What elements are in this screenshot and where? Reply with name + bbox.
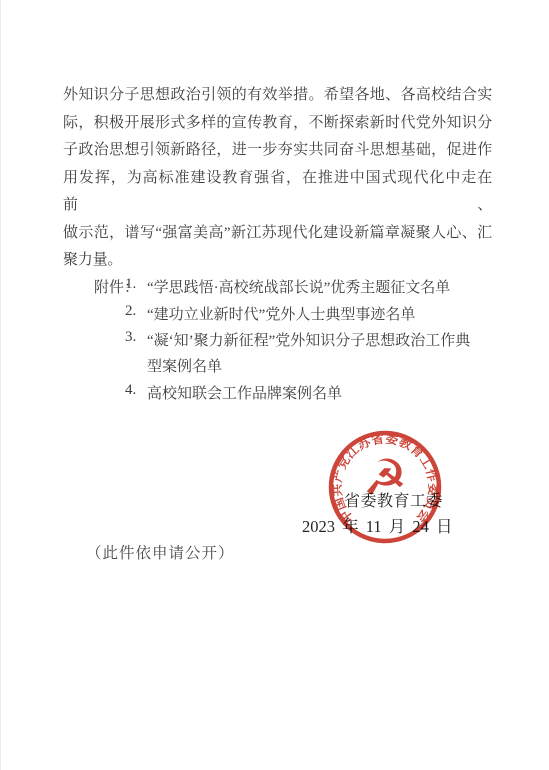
attachment-number: 1. bbox=[125, 276, 136, 293]
body-line: 聚力量。 bbox=[63, 247, 492, 275]
disclosure-note: （此件依申请公开） bbox=[86, 541, 235, 563]
official-seal: 中国共产党江苏省委教育工作委员会 ☭ bbox=[327, 429, 443, 545]
attachment-number: 4. bbox=[125, 382, 136, 399]
body-paragraph: 外知识分子思想政治引领的有效举措。希望各地、各高校结合实 际，积极开展形式多样的… bbox=[63, 82, 492, 275]
attachment-number: 3. bbox=[125, 329, 136, 346]
seal-graphic: 中国共产党江苏省委教育工作委员会 ☭ bbox=[327, 429, 443, 545]
body-line: 子政治思想引领新路径，进一步夯实共同奋斗思想基础，促进作 bbox=[63, 137, 492, 165]
document-page: 外知识分子思想政治引领的有效举措。希望各地、各高校结合实 际，积极开展形式多样的… bbox=[0, 0, 549, 770]
body-line: 际，积极开展形式多样的宣传教育，不断探索新时代党外知识分 bbox=[63, 110, 492, 138]
attachment-title: “学思践悟·高校统战部长说”优秀主题征文名单 bbox=[147, 276, 450, 297]
attachment-title: “建功立业新时代”党外人士典型事迹名单 bbox=[147, 303, 415, 324]
attachment-title: “凝‘知’聚力新征程”党外知识分子思想政治工作典 bbox=[147, 329, 470, 350]
body-line: 用发挥，为高标准建设教育强省，在推进中国式现代化中走在前、 bbox=[63, 165, 492, 220]
body-line: 做示范，谱写“强富美高”新江苏现代化建设新篇章凝聚人心、汇 bbox=[63, 220, 492, 248]
body-line: 外知识分子思想政治引领的有效举措。希望各地、各高校结合实 bbox=[63, 82, 492, 110]
attachment-title: 高校知联会工作品牌案例名单 bbox=[147, 382, 342, 403]
hammer-sickle-icon: ☭ bbox=[363, 449, 408, 507]
attachment-title-continued: 型案例名单 bbox=[147, 355, 222, 376]
attachment-number: 2. bbox=[125, 303, 136, 320]
